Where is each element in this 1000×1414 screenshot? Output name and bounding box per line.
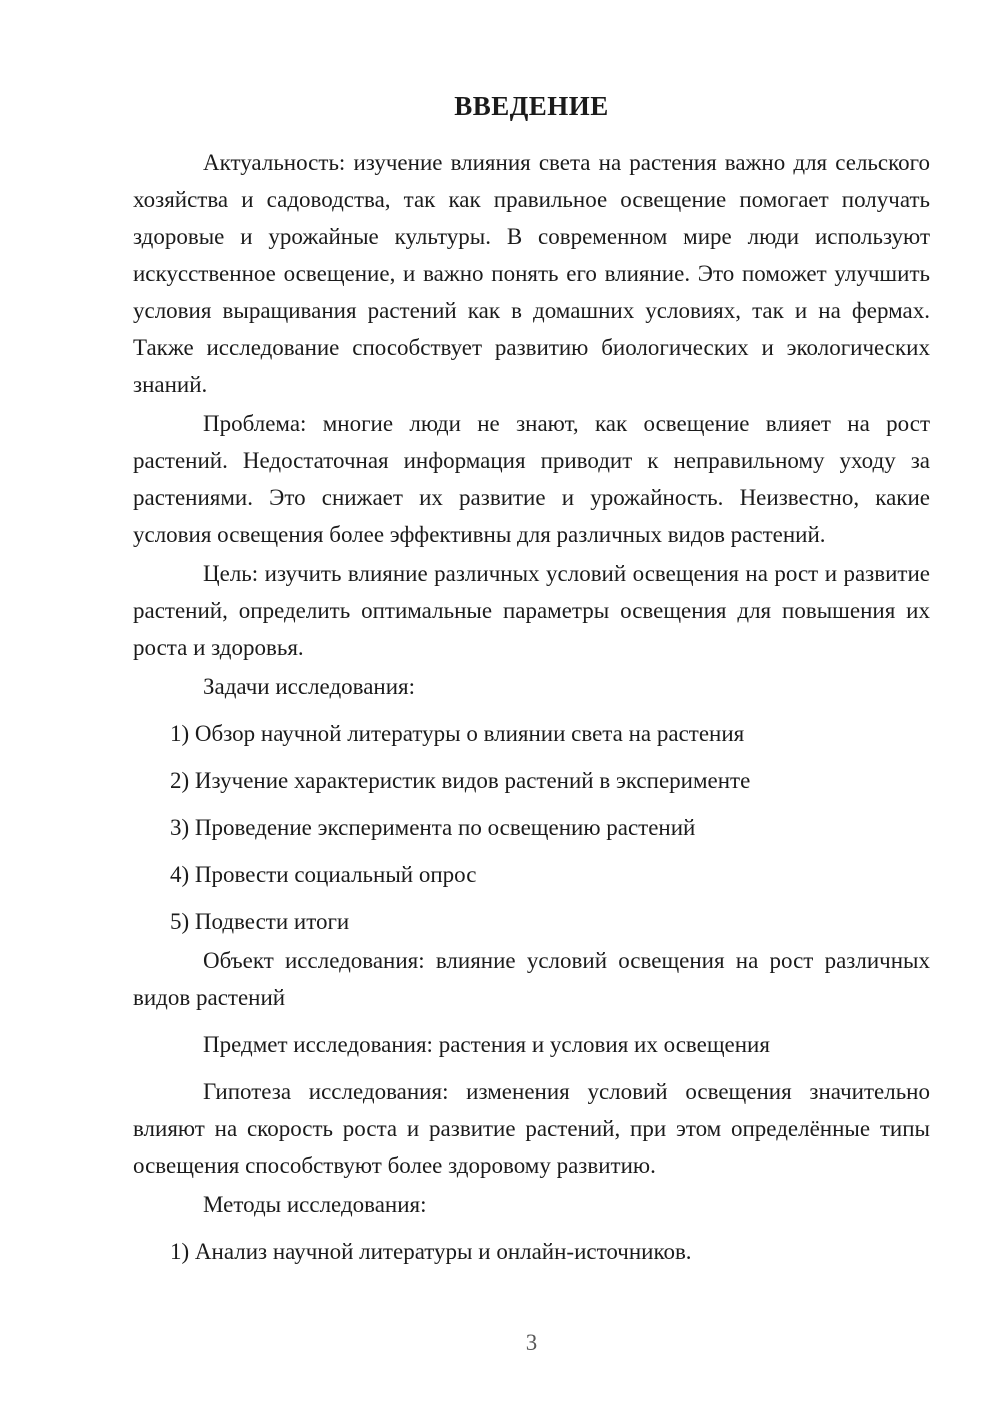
task-list-item-3: 3) Проведение эксперимента по освещению … (133, 809, 930, 846)
paragraph-relevance: Актуальность: изучение влияния света на … (133, 144, 930, 403)
task-list-item-1: 1) Обзор научной литературы о влиянии св… (133, 715, 930, 752)
paragraph-methods-label: Методы исследования: (133, 1186, 930, 1223)
page-title: ВВЕДЕНИЕ (133, 88, 930, 125)
task-list-item-2: 2) Изучение характеристик видов растений… (133, 762, 930, 799)
paragraph-subject: Предмет исследования: растения и условия… (133, 1026, 930, 1063)
paragraph-hypothesis: Гипотеза исследования: изменения условий… (133, 1073, 930, 1184)
task-list-item-4: 4) Провести социальный опрос (133, 856, 930, 893)
document-page: ВВЕДЕНИЕ Актуальность: изучение влияния … (0, 0, 1000, 1414)
paragraph-problem: Проблема: многие люди не знают, как осве… (133, 405, 930, 553)
page-number: 3 (133, 1330, 930, 1356)
document-content: ВВЕДЕНИЕ Актуальность: изучение влияния … (133, 88, 930, 1270)
paragraph-tasks-label: Задачи исследования: (133, 668, 930, 705)
task-list-item-5: 5) Подвести итоги (133, 903, 930, 940)
paragraph-object: Объект исследования: влияние условий осв… (133, 942, 930, 1016)
paragraph-goal: Цель: изучить влияние различных условий … (133, 555, 930, 666)
method-list-item-1: 1) Анализ научной литературы и онлайн-ис… (133, 1233, 930, 1270)
